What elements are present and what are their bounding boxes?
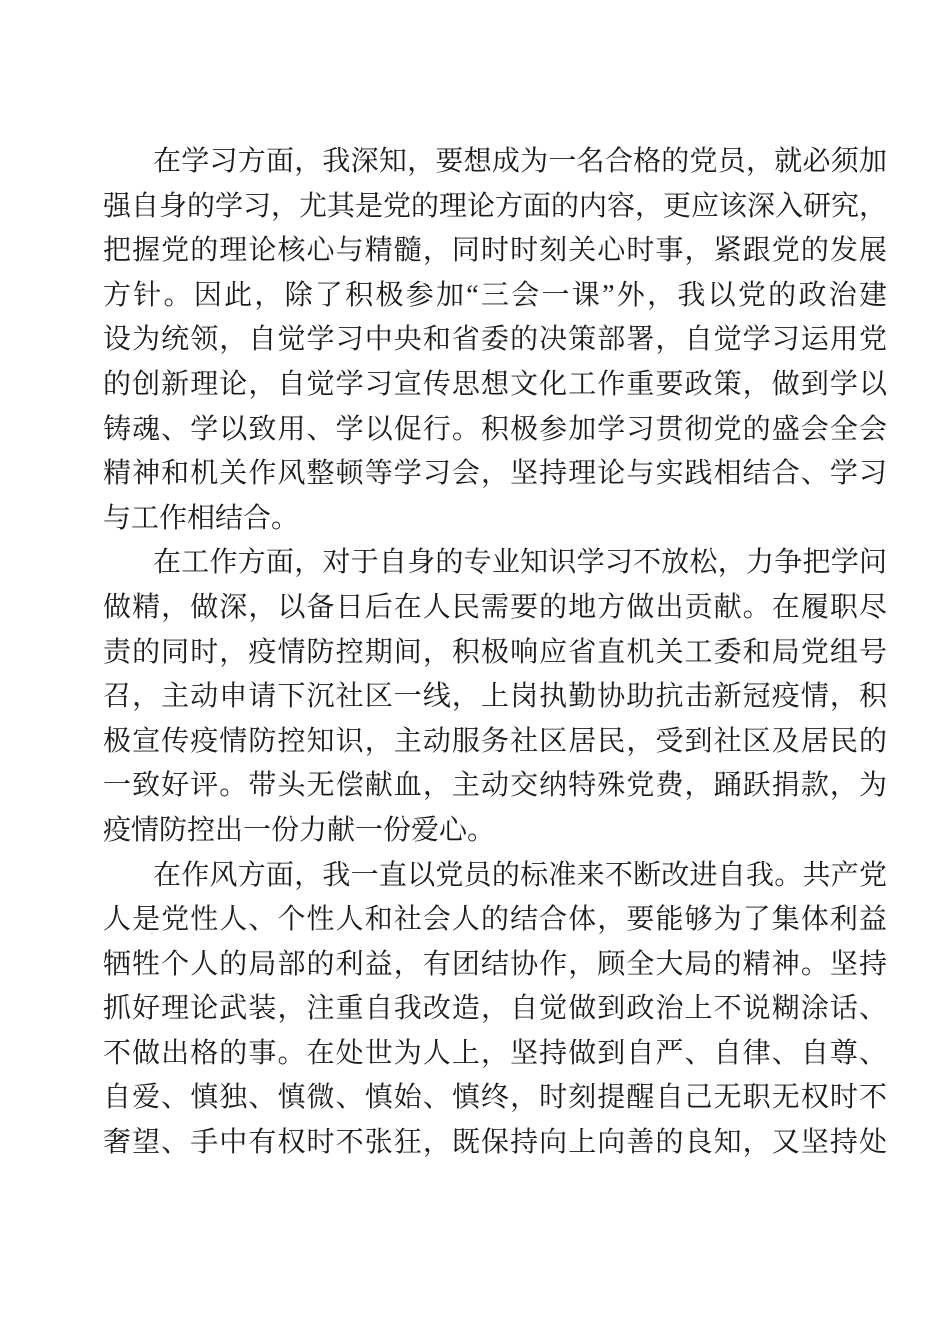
text-line: 精神和机关作风整顿等学习会，坚持理论与实践相结合、学习 (103, 452, 887, 497)
text-line: 奢望、手中有权时不张狂，既保持向上向善的良知，又坚持处 (103, 1121, 887, 1166)
text-line: 牺牲个人的局部的利益，有团结协作，顾全大局的精神。坚持 (103, 943, 887, 988)
paragraph-study-aspect: 在学习方面，我深知，要想成为一名合格的党员，就必须加强自身的学习，尤其是党的理论… (103, 140, 887, 541)
text-line: 人是党性人、个性人和社会人的结合体，要能够为了集体利益 (103, 898, 887, 943)
text-line: 不做出格的事。在处世为人上，坚持做到自严、自律、自尊、 (103, 1032, 887, 1077)
text-line: 做精，做深，以备日后在人民需要的地方做出贡献。在履职尽 (103, 586, 887, 631)
text-line: 方针。因此，除了积极参加“三会一课”外，我以党的政治建 (103, 274, 887, 319)
text-line: 把握党的理论核心与精髓，同时时刻关心时事，紧跟党的发展 (103, 229, 887, 274)
text-line: 在学习方面，我深知，要想成为一名合格的党员，就必须加 (103, 140, 887, 185)
text-line: 一致好评。带头无偿献血，主动交纳特殊党费，踊跃捐款，为 (103, 764, 887, 809)
text-line: 极宣传疫情防控知识，主动服务社区居民，受到社区及居民的 (103, 720, 887, 765)
text-line: 设为统领，自觉学习中央和省委的决策部署，自觉学习运用党 (103, 318, 887, 363)
text-line: 在作风方面，我一直以党员的标准来不断改进自我。共产党 (103, 854, 887, 899)
text-line: 自爱、慎独、慎微、慎始、慎终，时刻提醒自己无职无权时不 (103, 1076, 887, 1121)
text-line: 强自身的学习，尤其是党的理论方面的内容，更应该深入研究， (103, 185, 887, 230)
document-body: 在学习方面，我深知，要想成为一名合格的党员，就必须加强自身的学习，尤其是党的理论… (103, 140, 887, 1166)
paragraph-work-aspect: 在工作方面，对于自身的专业知识学习不放松，力争把学问做精，做深，以备日后在人民需… (103, 541, 887, 853)
text-line: 的创新理论，自觉学习宣传思想文化工作重要政策，做到学以 (103, 363, 887, 408)
text-line: 疫情防控出一份力献一份爱心。 (103, 809, 887, 854)
text-line: 抓好理论武装，注重自我改造，自觉做到政治上不说糊涂话、 (103, 987, 887, 1032)
document-page: 在学习方面，我深知，要想成为一名合格的党员，就必须加强自身的学习，尤其是党的理论… (0, 0, 950, 1344)
text-line: 责的同时，疫情防控期间，积极响应省直机关工委和局党组号 (103, 631, 887, 676)
text-line: 铸魂、学以致用、学以促行。积极参加学习贯彻党的盛会全会 (103, 408, 887, 453)
text-line: 在工作方面，对于自身的专业知识学习不放松，力争把学问 (103, 541, 887, 586)
paragraph-conduct-aspect: 在作风方面，我一直以党员的标准来不断改进自我。共产党人是党性人、个性人和社会人的… (103, 854, 887, 1166)
text-line: 召，主动申请下沉社区一线，上岗执勤协助抗击新冠疫情，积 (103, 675, 887, 720)
text-line: 与工作相结合。 (103, 497, 887, 542)
